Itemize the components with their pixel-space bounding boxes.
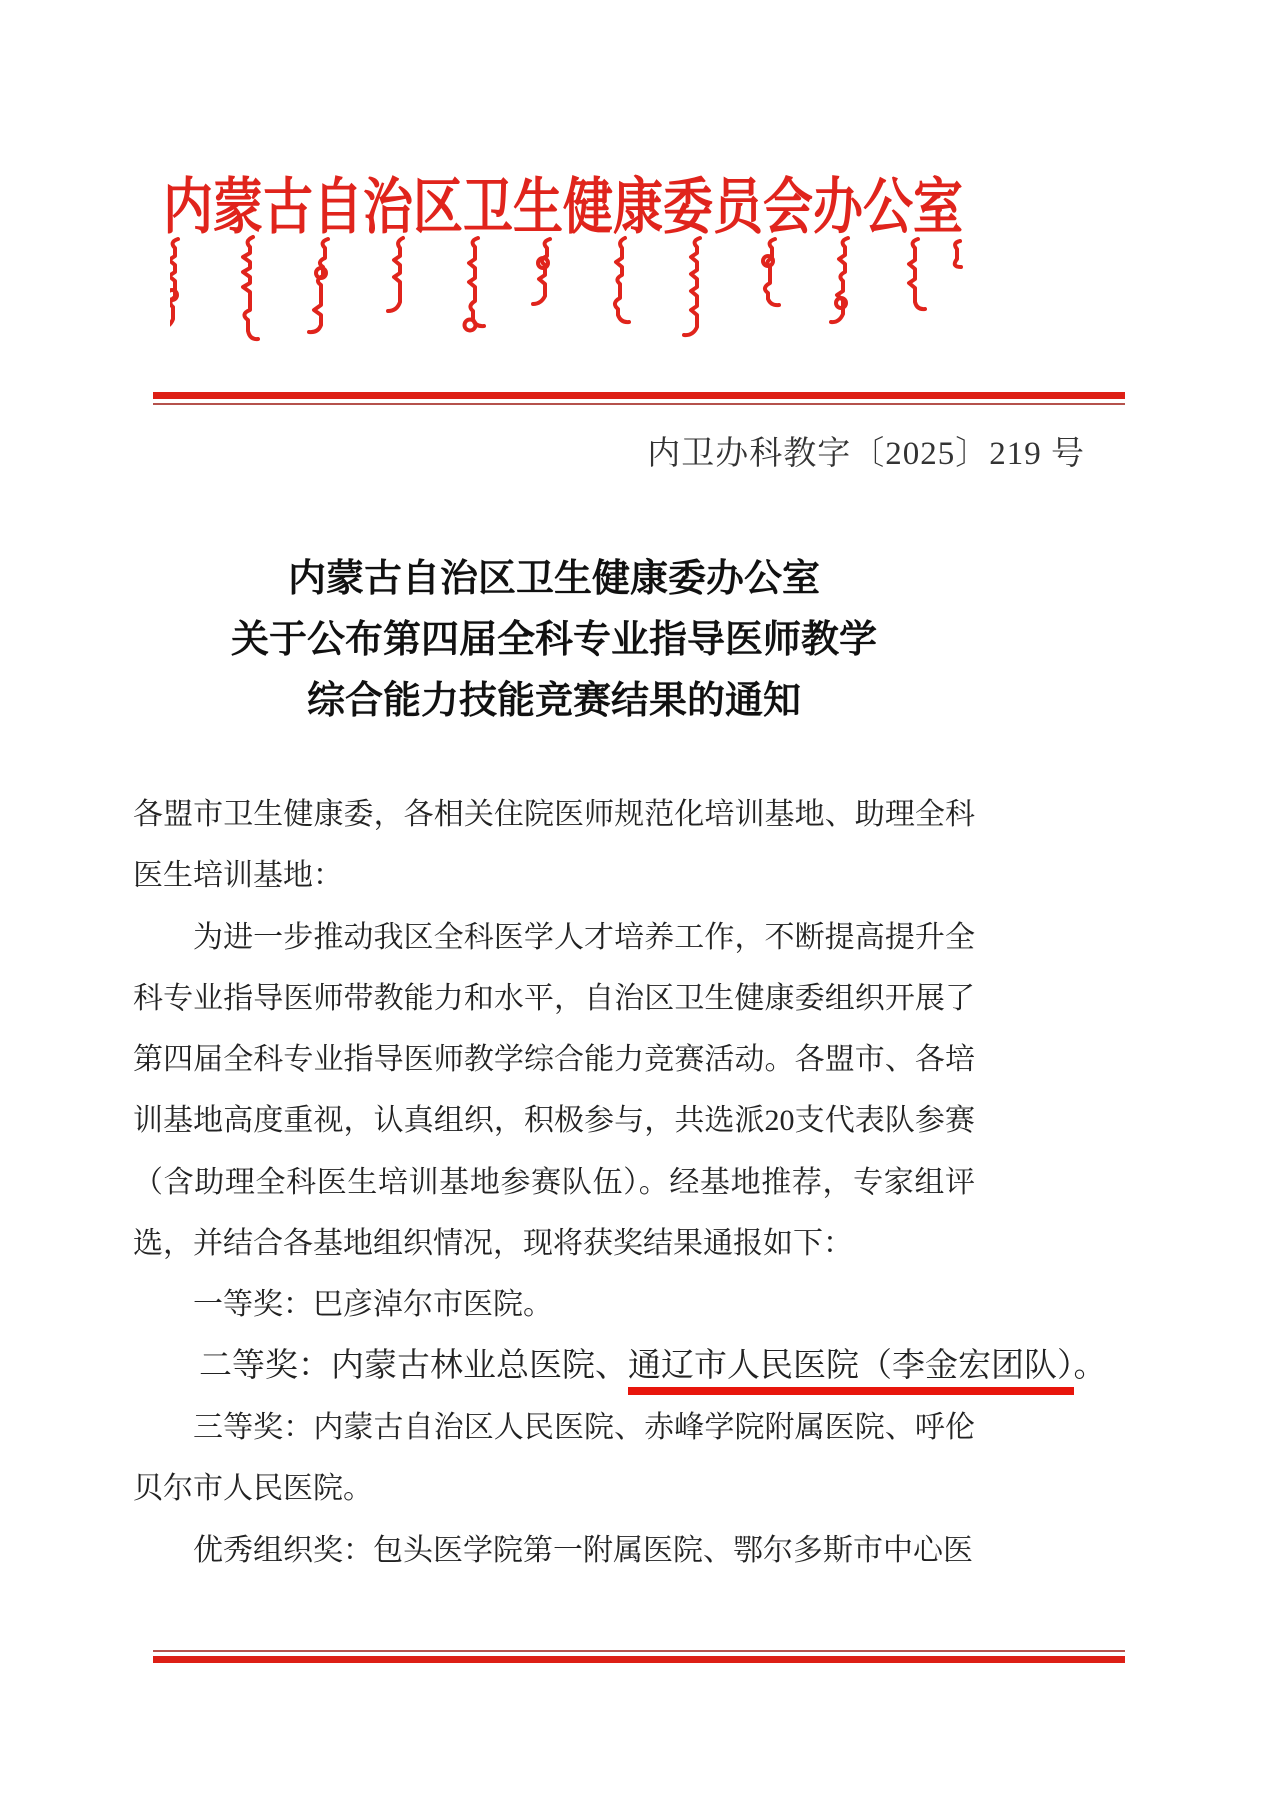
notice-title-line2: 关于公布第四届全科专业指导医师教学 bbox=[133, 610, 975, 671]
notice-title: 内蒙古自治区卫生健康委办公室 关于公布第四届全科专业指导医师教学 综合能力技能竞… bbox=[133, 549, 975, 732]
org-award-line: 优秀组织奖：包头医学院第一附属医院、鄂尔多斯市中心医 bbox=[133, 1520, 975, 1581]
mongolian-script-graphic bbox=[170, 233, 970, 343]
document-number: 内卫办科教字〔2025〕219 号 bbox=[133, 427, 1085, 474]
bottom-divider-thick-line bbox=[153, 1656, 1125, 1663]
top-divider bbox=[153, 392, 1125, 405]
intro-paragraph: 为进一步推动我区全科医学人才培养工作，不断提高提升全科专业指导医师带教能力和水平… bbox=[133, 907, 975, 1275]
second-prize-prefix: 二等奖：内蒙古林业总医院、 bbox=[199, 1348, 628, 1384]
salutation: 各盟市卫生健康委，各相关住院医师规范化培训基地、助理全科医生培训基地： bbox=[133, 784, 975, 907]
second-prize-suffix: 。 bbox=[1074, 1348, 1107, 1384]
notice-title-line1: 内蒙古自治区卫生健康委办公室 bbox=[133, 549, 975, 610]
top-divider-thick-line bbox=[153, 392, 1125, 399]
notice-title-line3: 综合能力技能竞赛结果的通知 bbox=[133, 671, 975, 732]
document-page: 内蒙古自治区卫生健康委员会办公室 内卫办科教字〔2025〕219 号 bbox=[0, 0, 1280, 1809]
second-prize-line: 二等奖：内蒙古林业总医院、通辽市人民医院（李金宏团队）。 bbox=[133, 1336, 975, 1397]
second-prize-underlined: 通辽市人民医院（李金宏团队） bbox=[628, 1348, 1074, 1395]
document-body: 各盟市卫生健康委，各相关住院医师规范化培训基地、助理全科医生培训基地： 为进一步… bbox=[133, 784, 975, 1581]
bottom-divider-thin-line bbox=[153, 1650, 1125, 1652]
top-divider-thin-line bbox=[153, 403, 1125, 405]
third-prize-line: 三等奖：内蒙古自治区人民医院、赤峰学院附属医院、呼伦贝尔市人民医院。 bbox=[133, 1397, 975, 1520]
mongolian-script-icon bbox=[170, 233, 970, 343]
first-prize-line: 一等奖：巴彦淖尔市医院。 bbox=[133, 1274, 975, 1335]
bottom-divider bbox=[153, 1650, 1125, 1663]
